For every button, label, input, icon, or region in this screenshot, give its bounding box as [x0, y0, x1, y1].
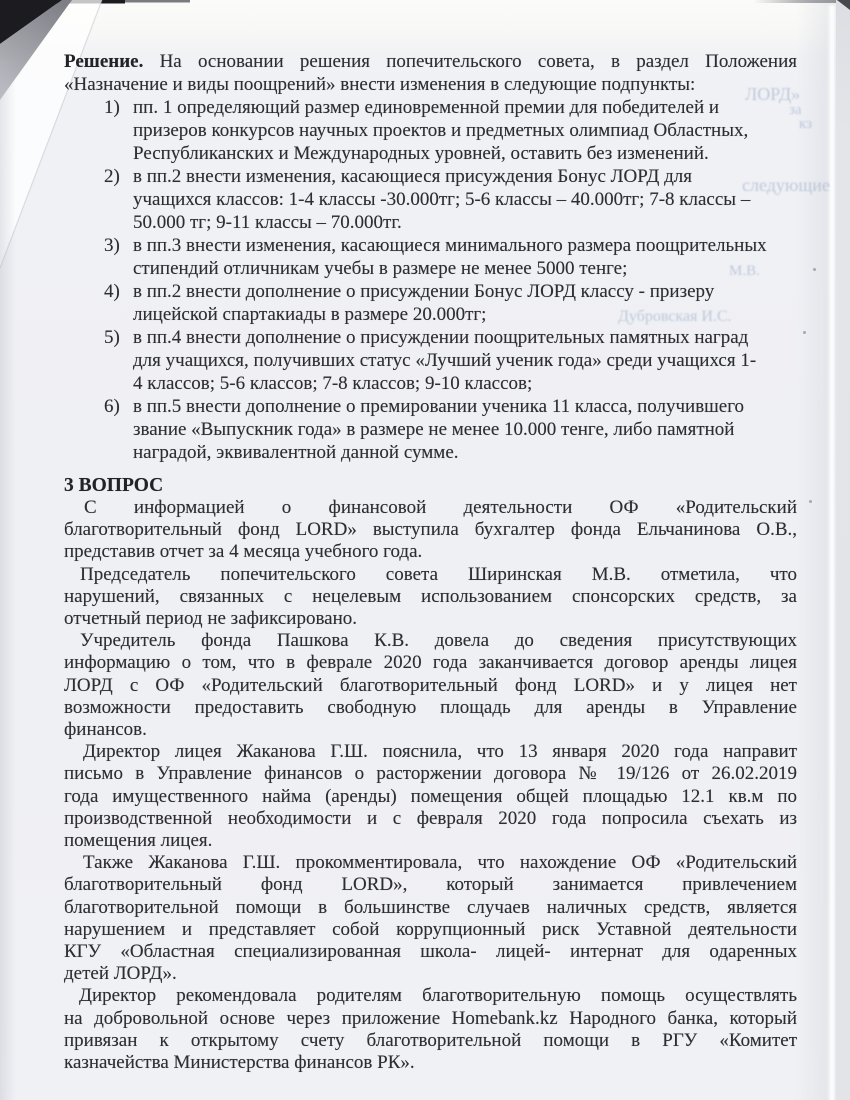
section-paragraph: Учредитель фонда Пашкова К.В. довела до … — [64, 630, 797, 741]
document-line: благотворительный фонд LORD» выступила б… — [64, 519, 797, 541]
list-item-number: 5) — [104, 326, 133, 395]
list-item-text: в пп.3 внести изменения, касающиеся мини… — [133, 234, 797, 280]
scanned-document-page: ЛОРД»закзследующиеМ.В.Дубровская И.С. Ре… — [0, 0, 850, 1100]
resolution-item: 4)в пп.2 внести дополнение о присуждении… — [64, 280, 797, 326]
document-line: Решение. На основании решения попечитель… — [64, 50, 797, 73]
resolution-paragraph: Решение. На основании решения попечитель… — [64, 50, 797, 96]
document-line: нарушений, связанных с нецелевым использ… — [64, 586, 797, 608]
document-line: отчетный период не зафиксировано. — [64, 608, 797, 630]
list-item-number: 1) — [104, 96, 133, 165]
document-line: производственной необходимости и с февра… — [64, 808, 797, 830]
document-line: «Назначение и виды поощрений» внести изм… — [64, 73, 797, 96]
document-line: для учащихся, получивших статус «Лучший … — [133, 349, 797, 372]
document-line: финансов. — [64, 719, 797, 741]
document-line: 50.000 тг; 9-11 классы – 70.000тг. — [133, 211, 797, 234]
list-item-text: в пп.2 внести изменения, касающиеся прис… — [133, 165, 797, 234]
list-item-text: пп. 1 определяющий размер единовременной… — [133, 96, 797, 165]
resolution-item: 3)в пп.3 внести изменения, касающиеся ми… — [64, 234, 797, 280]
list-item-number: 6) — [104, 395, 133, 464]
list-item-number: 2) — [104, 165, 133, 234]
list-item-text: в пп.2 внести дополнение о присуждении Б… — [133, 280, 797, 326]
document-line: благотворительный фонд LORD», который за… — [64, 874, 797, 896]
resolution-item: 2)в пп.2 внести изменения, касающиеся пр… — [64, 165, 797, 234]
document-line: Директор рекомендовала родителям благотв… — [64, 985, 797, 1007]
section-paragraphs: С информацией о финансовой деятельности … — [64, 497, 797, 1074]
document-line: представив отчет за 4 месяца учебного го… — [64, 541, 797, 563]
resolution-item: 5)в пп.4 внести дополнение о присуждении… — [64, 326, 797, 395]
resolution-item: 1)пп. 1 определяющий размер единовременн… — [64, 96, 797, 165]
document-line: призеров конкурсов научных проектов и пр… — [133, 119, 797, 142]
document-line: наградой, эквивалентной данной сумме. — [133, 441, 797, 464]
document-line: звание «Выпускник года» в размере не мен… — [133, 418, 797, 441]
document-line: в пп.2 внести дополнение о присуждении Б… — [133, 280, 797, 303]
document-line: учащихся классов: 1-4 классы -30.000тг; … — [133, 188, 797, 211]
resolution-label: Решение. — [64, 51, 143, 72]
document-line: нарушением и представляет собой коррупци… — [64, 919, 797, 941]
document-line: в пп.3 внести изменения, касающиеся мини… — [133, 234, 797, 257]
scan-speck — [809, 500, 812, 503]
scanner-background-right — [836, 0, 850, 1100]
document-line: КГУ «Областная специализированная школа-… — [64, 941, 797, 963]
document-line: Также Жаканова Г.Ш. прокомментировала, ч… — [64, 852, 797, 874]
scan-top-right-corner-mark — [837, 0, 850, 10]
document-line: письмо в Управление финансов о расторжен… — [64, 763, 797, 785]
document-line: возможности предоставить свободную площа… — [64, 697, 797, 719]
document-line: года имущественного найма (аренды) помещ… — [64, 786, 797, 808]
section-paragraph: С информацией о финансовой деятельности … — [64, 497, 797, 564]
document-line: в пп.5 внести дополнение о премировании … — [133, 395, 797, 418]
document-line: С информацией о финансовой деятельности … — [64, 497, 797, 519]
scan-speck — [803, 331, 806, 334]
section-paragraph: Председатель попечительского совета Шири… — [64, 564, 797, 631]
document-line: на добровольной основе через приложение … — [64, 1008, 797, 1030]
section-paragraph: Директор рекомендовала родителям благотв… — [64, 985, 797, 1074]
document-line: Республиканских и Международных уровней,… — [133, 142, 797, 165]
resolution-intro-text: На основании решения попечительского сов… — [160, 51, 797, 72]
document-line: помещения лицея. — [64, 830, 797, 852]
document-line: лицейской спартакиады в размере 20.000тг… — [133, 303, 797, 326]
document-line: информацию о том, что в феврале 2020 год… — [64, 652, 797, 674]
resolution-item: 6)в пп.5 внести дополнение о премировани… — [64, 395, 797, 464]
document-line: в пп.4 внести дополнение о присуждении п… — [133, 326, 797, 349]
bleedthrough-text: кз — [799, 116, 812, 133]
paper-right-edge-line — [830, 6, 834, 1100]
document-line: казначейства Министерства финансов РК». — [64, 1052, 797, 1074]
resolution-items-list: 1)пп. 1 определяющий размер единовременн… — [64, 96, 797, 464]
document-line: в пп.2 внести изменения, касающиеся прис… — [133, 165, 797, 188]
section-paragraph: Директор лицея Жаканова Г.Ш. пояснила, ч… — [64, 741, 797, 852]
list-item-text: в пп.4 внести дополнение о присуждении п… — [133, 326, 797, 395]
list-item-number: 4) — [104, 280, 133, 326]
resolution-block: Решение. На основании решения попечитель… — [64, 50, 797, 464]
document-line: пп. 1 определяющий размер единовременной… — [133, 96, 797, 119]
document-line: 4 классов; 5-6 классов; 7-8 классов; 9-1… — [133, 372, 797, 395]
scan-speck — [813, 268, 816, 271]
document-line: Учредитель фонда Пашкова К.В. довела до … — [64, 630, 797, 652]
list-item-text: в пп.5 внести дополнение о премировании … — [133, 395, 797, 464]
document-line: ЛОРД с ОФ «Родительский благотворительны… — [64, 675, 797, 697]
document-line: привязан к открытому счету благотворител… — [64, 1030, 797, 1052]
section-paragraph: Также Жаканова Г.Ш. прокомментировала, ч… — [64, 852, 797, 985]
document-line: благотворительной помощи в большинстве с… — [64, 897, 797, 919]
document-line: Директор лицея Жаканова Г.Ш. пояснила, ч… — [64, 741, 797, 763]
document-line: детей ЛОРД». — [64, 963, 797, 985]
document-line: Председатель попечительского совета Шири… — [64, 564, 797, 586]
list-item-number: 3) — [104, 234, 133, 280]
section-heading: 3 ВОПРОС — [64, 474, 797, 497]
document-line: стипендий отличникам учебы в размере не … — [133, 257, 797, 280]
document-body: Решение. На основании решения попечитель… — [64, 0, 797, 1074]
scan-left-edge-shadow — [0, 60, 16, 1100]
